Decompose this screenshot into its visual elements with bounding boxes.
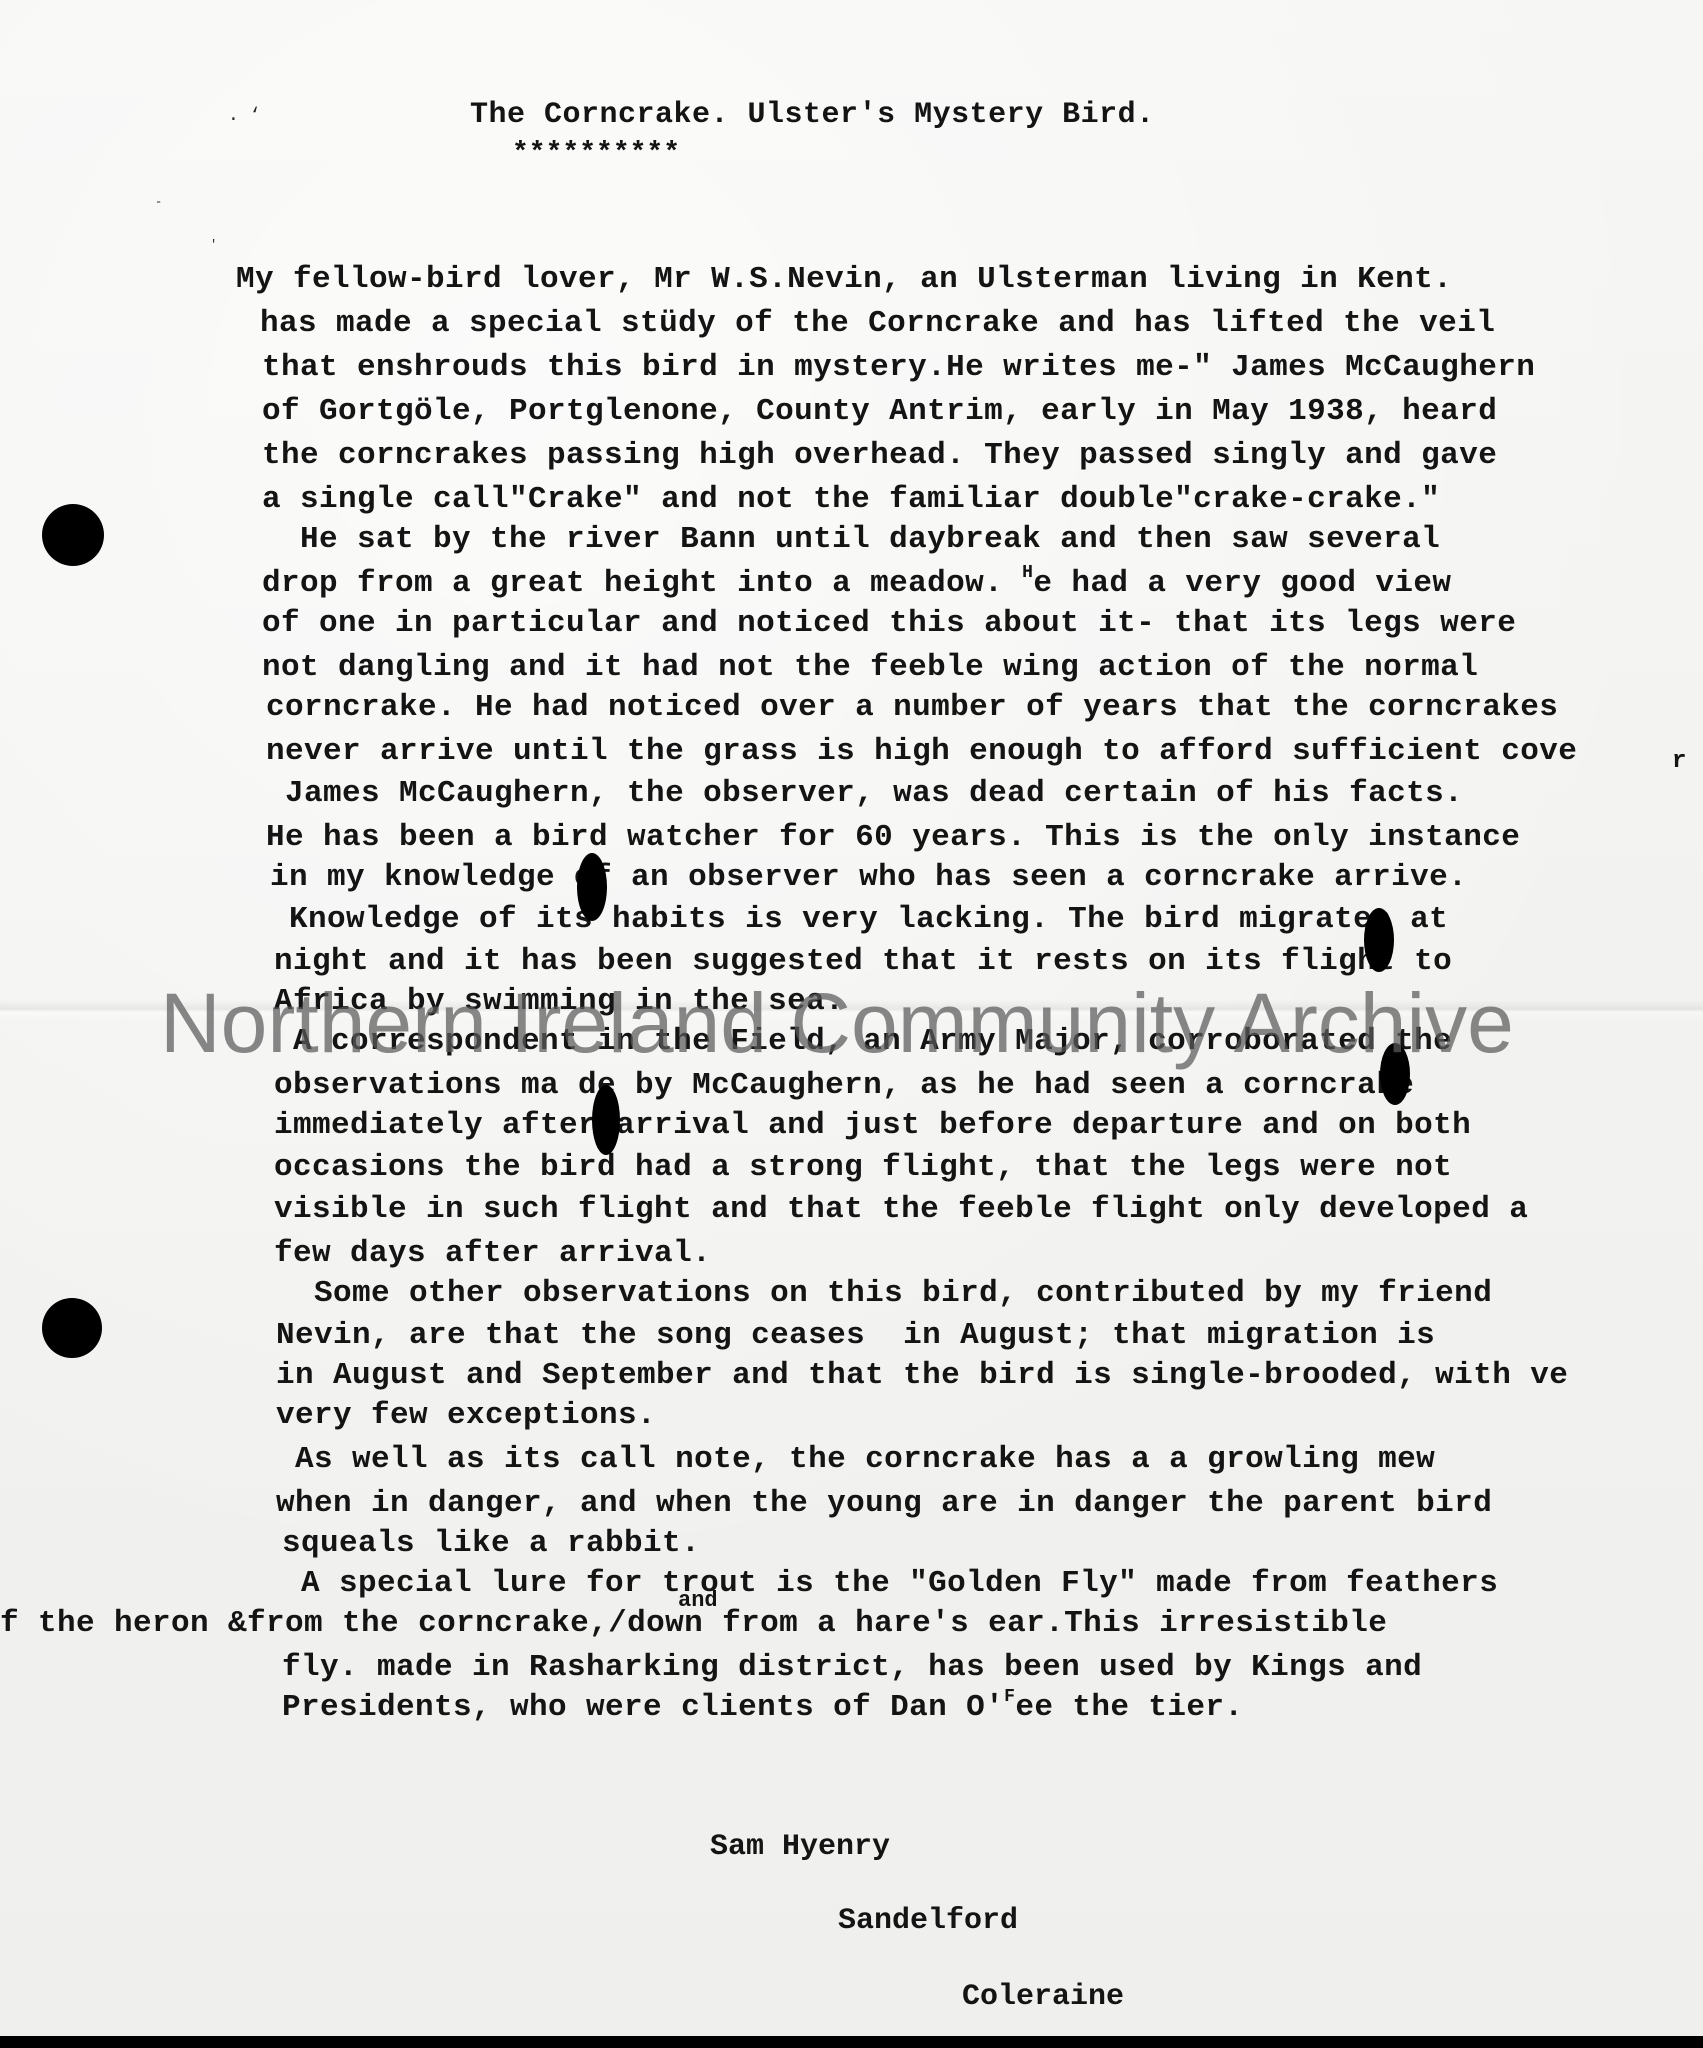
document-page: . ‘ - ' The Corncrake. Ulster's Mystery …	[0, 0, 1703, 2036]
text-line: in August and September and that the bir…	[276, 1358, 1568, 1394]
text-line: never arrive until the grass is high eno…	[266, 734, 1577, 770]
ink-speck: '	[210, 238, 217, 252]
text-line: when in danger, and when the young are i…	[276, 1486, 1492, 1522]
interlinear-insertion: and	[678, 1588, 718, 1613]
text-line: squeals like a rabbit.	[282, 1526, 700, 1562]
text-line: Some other observations on this bird, co…	[276, 1276, 1492, 1312]
text-line: James McCaughern, the observer, was dead…	[266, 776, 1463, 812]
title-underline: **********	[512, 138, 680, 169]
ink-speck: -	[155, 195, 162, 209]
text-line: of Gortgöle, Portglenone, County Antrim,…	[262, 394, 1497, 430]
punch-hole	[592, 1085, 620, 1155]
ink-speck: . ‘	[228, 106, 260, 126]
text-line: My fellow-bird lover, Mr W.S.Nevin, an U…	[236, 262, 1452, 298]
text-line: drop from a great height into a meadow. …	[262, 566, 1451, 605]
text-line: few days after arrival.	[274, 1236, 711, 1272]
text-line: He sat by the river Bann until daybreak …	[262, 522, 1440, 558]
text-line: in my knowledge of an observer who has s…	[270, 860, 1467, 896]
text-line: fly. made in Rasharking district, has be…	[282, 1650, 1422, 1686]
text-line: not dangling and it had not the feeble w…	[262, 650, 1478, 686]
archive-watermark: Northern Ireland Community Archive	[160, 975, 1514, 1072]
text-line: the corncrakes passing high overhead. Th…	[262, 438, 1497, 474]
signature-name: Sam Hyenry	[710, 1830, 890, 1864]
punch-hole	[1364, 908, 1394, 972]
margin-letter: r	[1672, 748, 1686, 775]
scan-border	[0, 2036, 1703, 2048]
text-line: of one in particular and noticed this ab…	[262, 606, 1516, 642]
punch-hole	[42, 504, 104, 566]
text-line: Presidents, who were clients of Dan O'Fe…	[282, 1690, 1243, 1729]
punch-hole	[42, 1298, 102, 1358]
text-line: He has been a bird watcher for 60 years.…	[266, 820, 1520, 856]
punch-hole	[577, 853, 607, 921]
text-line: very few exceptions.	[276, 1398, 656, 1434]
signature-place: Sandelford	[838, 1904, 1018, 1938]
signature-town: Coleraine	[962, 1980, 1124, 2014]
text-line: immediately after arrival and just befor…	[274, 1108, 1471, 1144]
text-line: As well as its call note, the corncrake …	[276, 1442, 1435, 1478]
document-title: The Corncrake. Ulster's Mystery Bird.	[470, 98, 1155, 132]
text-line: visible in such flight and that the feeb…	[274, 1192, 1528, 1228]
text-line: Nevin, are that the song ceases in Augus…	[276, 1318, 1435, 1354]
text-line: A special lure for trout is the "Golden …	[282, 1566, 1498, 1602]
text-line: Knowledge of its habits is very lacking.…	[270, 902, 1448, 938]
text-line: occasions the bird had a strong flight, …	[274, 1150, 1452, 1186]
text-line: corncrake. He had noticed over a number …	[266, 690, 1558, 726]
text-line: a single call"Crake" and not the familia…	[262, 482, 1440, 518]
text-line: has made a special stüdy of the Corncrak…	[260, 306, 1495, 342]
text-line: observations ma de by McCaughern, as he …	[274, 1068, 1414, 1104]
text-line: that enshrouds this bird in mystery.He w…	[262, 350, 1535, 386]
